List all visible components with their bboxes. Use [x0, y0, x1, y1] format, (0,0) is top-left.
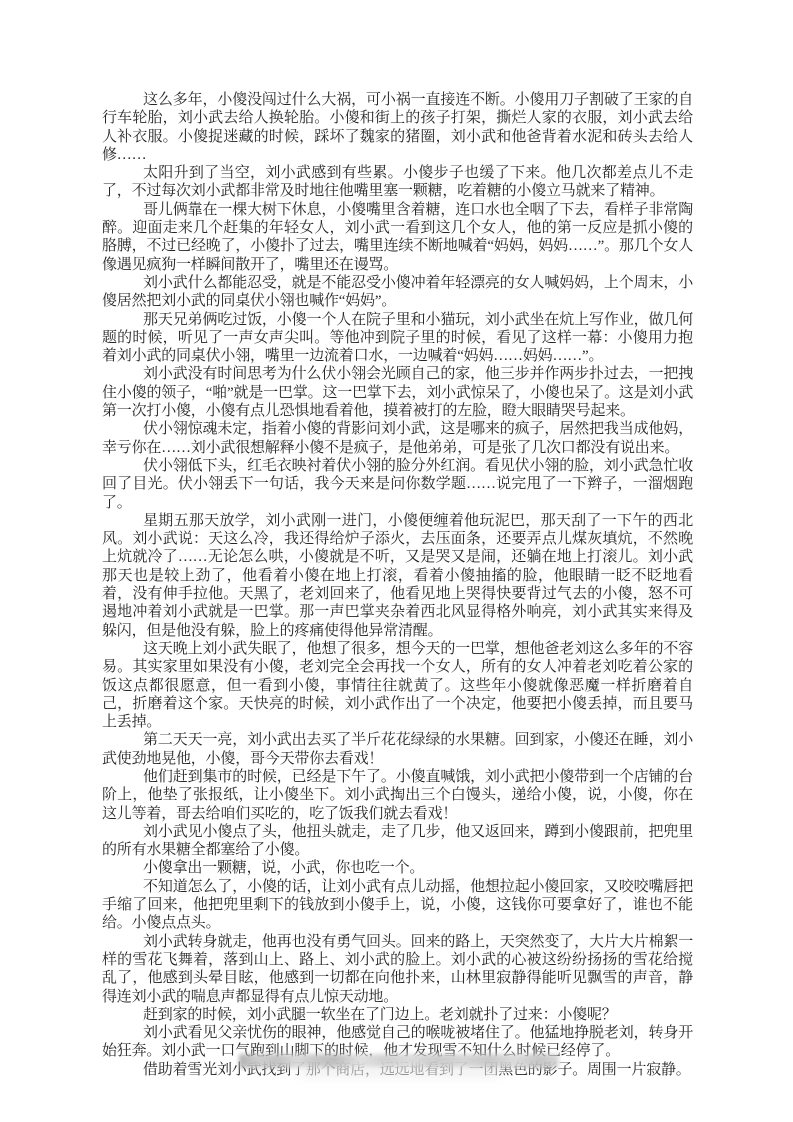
story-text-block: 这么多年，小傻没闯过什么大祸，可小祸一直接连不断。小傻用刀子割破了王家的自行车轮… — [102, 91, 693, 1079]
document-page: 这么多年，小傻没闯过什么大祸，可小祸一直接连不断。小傻用刀子割破了王家的自行车轮… — [0, 0, 793, 1122]
paragraph: 第二天天一亮，刘小武出去买了半斤花花绿绿的水果糖。回到家，小傻还在睡，刘小武使劲… — [102, 731, 693, 768]
paragraph: 星期五那天放学，刘小武刚一进门，小傻便缠着他玩泥巴，那天刮了一下午的西北风。刘小… — [102, 512, 693, 640]
paragraph: 刘小武见小傻点了头，他扭头就走，走了几步，他又返回来，蹲到小傻跟前，把兜里的所有… — [102, 823, 693, 860]
paragraph: 伏小翎低下头，红毛衣映衬着伏小翎的脸分外红润。看见伏小翎的脸，刘小武急忙收回了目… — [102, 457, 693, 512]
paragraph: 不知道怎么了，小傻的话，让刘小武有点儿动摇，他想拉起小傻回家，又咬咬嘴唇把手缩了… — [102, 878, 693, 933]
paragraph: 这么多年，小傻没闯过什么大祸，可小祸一直接连不断。小傻用刀子割破了王家的自行车轮… — [102, 91, 693, 164]
paragraph: 刘小武什么都能忍受，就是不能忍受小傻冲着年轻漂亮的女人喊妈妈，上个周末，小傻居然… — [102, 274, 693, 311]
paragraph: 伏小翎惊魂未定，指着小傻的背影问刘小武，这是哪来的疯子，居然把我当成他妈，幸亏你… — [102, 420, 693, 457]
blurred-watermark — [239, 1054, 559, 1068]
paragraph: 赶到家的时候，刘小武腿一软坐在了门边上。老刘就扑了过来：小傻呢？ — [102, 1006, 693, 1024]
paragraph: 哥儿俩靠在一棵大树下休息，小傻嘴里含着糖，连口水也全咽了下去，看样子非常陶醉。迎… — [102, 201, 693, 274]
paragraph: 刘小武转身就走，他再也没有勇气回头。回来的路上，天突然变了，大片大片棉絮一样的雪… — [102, 933, 693, 1006]
watermark-smudge — [300, 1068, 500, 1078]
paragraph: 刘小武没有时间思考为什么伏小翎会光顾自己的家，他三步并作两步扑过去，一把拽住小傻… — [102, 365, 693, 420]
paragraph: 他们赶到集市的时候，已经是下午了。小傻直喊饿，刘小武把小傻带到一个店铺的台阶上，… — [102, 768, 693, 823]
paragraph: 这天晚上刘小武失眠了，他想了很多，想今天的一巴掌，想他爸老刘这么多年的不容易。其… — [102, 640, 693, 731]
paragraph: 小傻拿出一颗糖，说，小武，你也吃一个。 — [102, 859, 693, 877]
paragraph: 太阳升到了当空，刘小武感到有些累。小傻步子也缓了下来。他几次都差点儿不走了，不过… — [102, 164, 693, 201]
paragraph: 那天兄弟俩吃过饭，小傻一个人在院子里和小猫玩，刘小武坐在炕上写作业，做几何题的时… — [102, 311, 693, 366]
